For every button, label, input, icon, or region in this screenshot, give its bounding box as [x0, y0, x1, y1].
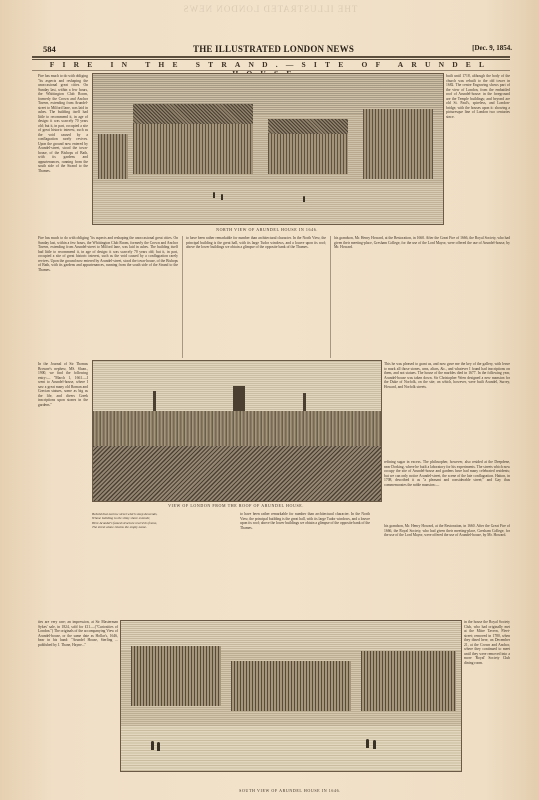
column-right-bottom: in the house the Royal Society Club, who…: [464, 620, 510, 790]
engraving-building: [98, 134, 128, 179]
engraving-figure: [151, 741, 154, 750]
engraving-figure: [303, 196, 305, 202]
engraving-figure: [366, 739, 369, 748]
column-divider: [182, 236, 183, 358]
engraving-building: [361, 651, 456, 711]
london-view-engraving: [92, 360, 382, 502]
page-header: 584 THE ILLUSTRATED LONDON NEWS [Dec. 9,…: [38, 44, 512, 56]
column-center-top: to have been rather remarkable for numbe…: [186, 236, 326, 358]
south-view-engraving: [120, 620, 462, 772]
engraving-spire: [153, 391, 156, 413]
column-center-right: his grandson, Mr. Henry Howard, at the R…: [334, 236, 510, 358]
issue-date: [Dec. 9, 1854.: [472, 44, 512, 52]
engraving-courtyard: [93, 184, 443, 224]
engraving-roof: [268, 119, 348, 134]
engraving-building: [268, 134, 348, 174]
engraving-building: [131, 646, 221, 706]
engraving-building: [363, 109, 433, 179]
column-right-lower-2: his grandson, Mr. Henry Howard, at the R…: [384, 524, 510, 616]
engraving-figure: [157, 742, 160, 751]
column-left-top: Fire has much to do with obliging "its a…: [38, 74, 88, 234]
show-through-text: THE ILLUSTRATED LONDON NEWS: [30, 4, 510, 26]
column-right-mid: This he was pleased to grant us, and now…: [384, 362, 510, 457]
verse-block: Behold that narrow street which steep de…: [92, 512, 232, 529]
column-left-mid-text: In the Journal of Sir Thomas Browne's ne…: [38, 362, 88, 617]
caption-north-view: NORTH VIEW OF ARUNDEL HOUSE IN 1646.: [92, 227, 442, 232]
headline-rule: [32, 70, 510, 71]
engraving-roof: [133, 104, 253, 124]
verse-line: The street alone retains the empty name.: [92, 525, 232, 529]
engraving-rooftops: [93, 446, 381, 501]
header-rule-thin: [32, 59, 510, 60]
caption-south-view: SOUTH VIEW OF ARUNDEL HOUSE IN 1646.: [120, 788, 460, 793]
engraving-spire: [303, 393, 306, 413]
north-view-engraving: [92, 73, 444, 225]
caption-london-view: VIEW OF LONDON FROM THE ROOF OF ARUNDEL …: [92, 503, 380, 508]
column-left-mid: Fire has much to do with obliging "its a…: [38, 236, 178, 358]
header-rule: [32, 56, 510, 58]
column-left-bottom: ties are very rare; an impression, at Si…: [38, 620, 118, 790]
publication-title: THE ILLUSTRATED LONDON NEWS: [193, 44, 354, 54]
engraving-figure: [373, 740, 376, 749]
engraving-st-pauls: [233, 386, 245, 414]
engraving-great-hall: [133, 124, 253, 174]
engraving-figure: [221, 194, 223, 200]
column-right-top: built until 1718, although the body of t…: [446, 74, 510, 234]
column-right-lower: refining sugar in excess. The philosophe…: [384, 460, 510, 520]
page-number: 584: [43, 44, 56, 54]
article-headline: FIRE IN THE STRAND.—SITE OF ARUNDEL HOUS…: [32, 60, 510, 70]
column-center-lower: to have been rather remarkable for numbe…: [240, 512, 370, 612]
engraving-figure: [213, 192, 215, 198]
engraving-building: [231, 661, 351, 711]
engraving-riverbank: [121, 726, 461, 771]
newspaper-page: THE ILLUSTRATED LONDON NEWS 584 THE ILLU…: [0, 0, 539, 800]
column-divider: [330, 236, 331, 358]
